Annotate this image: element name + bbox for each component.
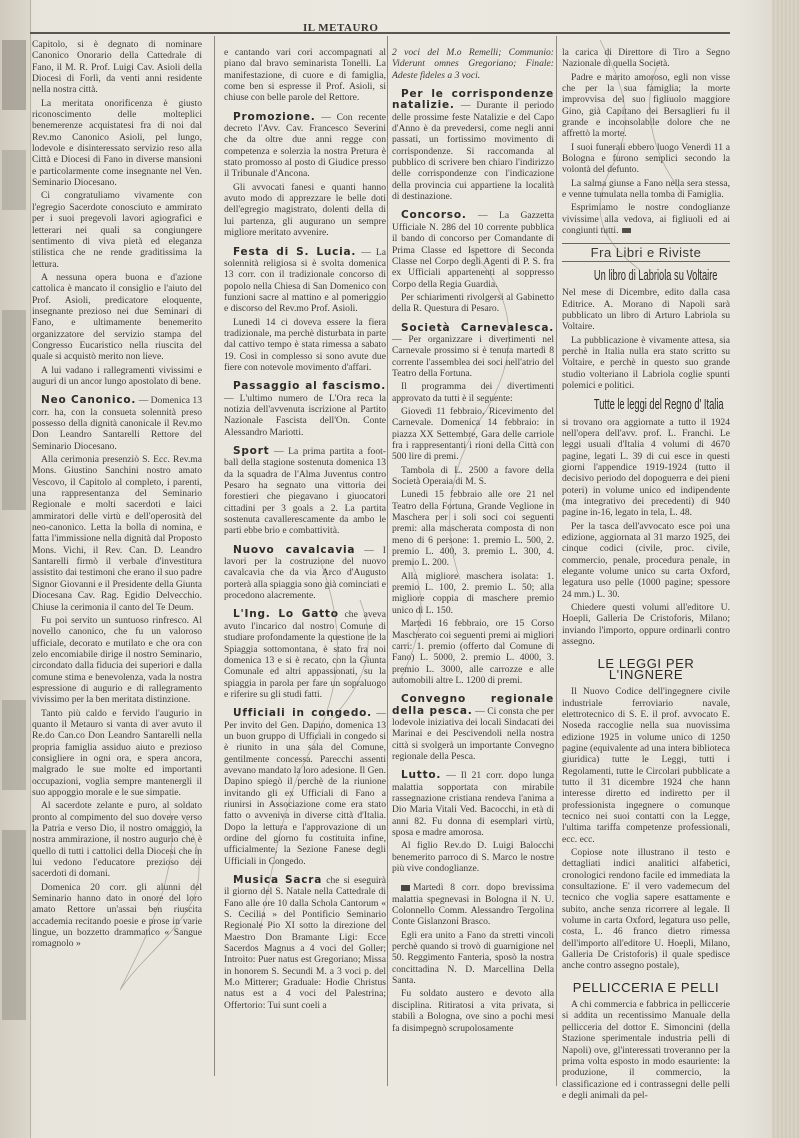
article-passaggio-fascismo: Passaggio al fascismo. — L'ultimo numero…: [224, 381, 386, 438]
paragraph: Gli avvocati fanesi e quanti hanno avuto…: [224, 182, 386, 239]
article-heading: Nuovo cavalcavia: [233, 544, 355, 556]
page-edge: [772, 0, 800, 1138]
article-text: — La Gazzetta Ufficiale N. 286 del 10 co…: [392, 210, 554, 289]
paragraph: Fu poi servito un suntuoso rinfresco. Al…: [32, 615, 202, 706]
paragraph: Alla cerimonia presenziò S. Ecc. Rev.ma …: [32, 454, 202, 613]
paragraph: Il Nuovo Codice dell'ingegnere civile in…: [562, 686, 730, 845]
article-convegno-pesca: Convegno regionale della pesca. — Ci con…: [392, 694, 554, 762]
end-mark-icon: [622, 228, 631, 233]
article-nuovo-cavalcavia: Nuovo cavalcavia — I lavori per la costr…: [224, 545, 386, 602]
article-heading: Società Carnevalesca.: [401, 322, 554, 334]
article-heading: Ufficiali in congedo.: [233, 707, 372, 719]
article-concorso: Concorso. — La Gazzetta Ufficiale N. 286…: [392, 210, 554, 289]
paragraph: la carica di Direttore di Tiro a Segno N…: [562, 47, 730, 70]
paragraph: Ci congratuliamo vivamente con l'egregio…: [32, 190, 202, 269]
paragraph: Alla migliore maschera isolata: 1. premi…: [392, 571, 554, 616]
column-divider: [214, 36, 215, 1076]
article-neo-canonico: Neo Canonico. — Domenica 13 corr. ha, co…: [32, 395, 202, 452]
paragraph: Tanto più caldo e fervido l'augurio in q…: [32, 708, 202, 799]
article-text: che aveva avuto l'incarico dal nostro Co…: [224, 609, 386, 699]
paragraph: Lunedì 15 febbraio alle ore 21 nel Teatr…: [392, 489, 554, 568]
article-heading: Passaggio al fascismo.: [233, 380, 386, 392]
article-heading: Sport: [233, 445, 270, 457]
article-text: — Per invito del Gen. Dapino, domenica 1…: [224, 708, 386, 866]
article-corrispondenze-natalizie: Per le corrispondenze natalizie. — Duran…: [392, 89, 554, 202]
paragraph: si trovano ora aggiornate a tutto il 192…: [562, 417, 730, 519]
article-necrologio-tergolina: Martedì 8 corr. dopo brevissima malattia…: [392, 882, 554, 927]
article-heading: Neo Canonico.: [41, 394, 136, 406]
article-lutto: Lutto. — Il 21 corr. dopo lunga malattia…: [392, 770, 554, 838]
column-1: Capitolo, si è degnato di nominare Canon…: [32, 39, 202, 952]
article-heading: L'Ing. Lo Gatto: [233, 608, 339, 620]
paragraph: Domenica 20 corr. gli alunni del Seminar…: [32, 882, 202, 950]
paragraph: Per schiarimenti rivolgersi al Gabinetto…: [392, 292, 554, 315]
paragraph: I suoi funerali ebbero luogo Venerdì 11 …: [562, 142, 730, 176]
article-promozione: Promozione. — Con recente decreto l'Avv.…: [224, 112, 386, 180]
paragraph: Giovedì 11 febbraio, Ricevimento del Car…: [392, 406, 554, 463]
previous-page-margin: [0, 0, 31, 1138]
article-sport: Sport — La prima partita a foot-ball del…: [224, 446, 386, 537]
article-heading: Lutto.: [401, 769, 441, 781]
paragraph: A lui vadano i rallegramenti vivissimi e…: [32, 365, 202, 388]
paragraph: Al figlio Rev.do D. Luigi Balocchi benem…: [392, 840, 554, 874]
article-heading: Concorso.: [401, 209, 467, 221]
column-4: la carica di Direttore di Tiro a Segno N…: [562, 47, 730, 1103]
paragraph: e cantando vari cori accompagnati al pia…: [224, 47, 386, 104]
article-text: — L'ultimo numero de L'Ora reca la notiz…: [224, 393, 386, 438]
masthead-title: IL METAURO: [303, 22, 378, 34]
column-3: 2 voci del M.o Remelli; Communio: Videru…: [392, 47, 554, 1036]
paragraph: Esprimiamo le nostre condoglianze viviss…: [562, 202, 730, 236]
section-title: Fra Libri e Riviste: [562, 243, 730, 262]
paragraph: Martedì 16 febbraio, ore 15 Corso Masche…: [392, 618, 554, 686]
paragraph: Al sacerdote zelante e puro, al soldato …: [32, 800, 202, 879]
column-2: e cantando vari cori accompagnati al pia…: [224, 47, 386, 1013]
paragraph: 2 voci del M.o Remelli; Communio: Videru…: [392, 47, 554, 81]
article-ufficiali-congedo: Ufficiali in congedo. — Per invito del G…: [224, 708, 386, 867]
article-heading: Festa di S. Lucia.: [233, 246, 356, 258]
paragraph: Copiose note illustrano il testo e detta…: [562, 847, 730, 972]
section-bullet-icon: [401, 885, 410, 891]
paragraph: Il programma dei divertimenti approvato …: [392, 381, 554, 404]
review-heading: LE LEGGI PER L'INGNERE: [562, 658, 730, 681]
article-text: che si eseguirà il giorno del S. Natale …: [224, 875, 386, 1011]
article-heading: Promozione.: [233, 111, 316, 123]
review-heading: Tutte le leggi del Regno d' Italia: [594, 399, 698, 410]
article-societa-carnevalesca: Società Carnevalesca. — Per organizzare …: [392, 323, 554, 380]
article-heading: Musica Sacra: [233, 874, 322, 886]
paragraph: Lunedì 14 ci doveva essere la fiera trad…: [224, 317, 386, 374]
paragraph: Nel mese di Dicembre, edito dalla casa E…: [562, 287, 730, 332]
paragraph: Chiedere questi volumi all'editore U. Ho…: [562, 602, 730, 647]
paragraph: La salma giunse a Fano nella sera stessa…: [562, 178, 730, 201]
newspaper-page: IL METAURO Capitolo, si è degnato di nom…: [0, 0, 800, 1138]
article-text: Martedì 8 corr. dopo brevissima malattia…: [392, 882, 554, 927]
paragraph: Capitolo, si è degnato di nominare Canon…: [32, 39, 202, 96]
article-ing-lo-gatto: L'Ing. Lo Gatto che aveva avuto l'incari…: [224, 609, 386, 700]
paragraph: La meritata onorificenza è giusto ricono…: [32, 98, 202, 189]
article-text: Esprimiamo le nostre condoglianze viviss…: [562, 202, 730, 236]
article-musica-sacra: Musica Sacra che si eseguirà il giorno d…: [224, 875, 386, 1011]
paragraph: A chi commercia e fabbrica in pellicceri…: [562, 999, 730, 1101]
paragraph: A nessuna opera buona e d'azione cattoli…: [32, 272, 202, 363]
paragraph: La pubblicazione è vivamente attesa, sia…: [562, 335, 730, 392]
paragraph: Tambola di L. 2500 a favore della Societ…: [392, 465, 554, 488]
column-divider: [387, 36, 388, 1086]
article-text: — Per organizzare i divertimenti nel Car…: [392, 334, 554, 379]
paragraph: Padre e marito amoroso, egli non visse c…: [562, 72, 730, 140]
article-festa-santa-lucia: Festa di S. Lucia. — La solennità religi…: [224, 247, 386, 315]
review-heading: PELLICCERIA E PELLI: [562, 982, 730, 993]
paragraph: Per la tasca dell'avvocato esce poi una …: [562, 521, 730, 600]
article-text: — Durante il periodo delle prossime fest…: [392, 100, 554, 202]
review-heading: Un libro di Labriola su Voltaire: [594, 270, 698, 281]
article-text: — La prima partita a foot-ball della sta…: [224, 446, 386, 536]
masthead-rule: [30, 24, 730, 34]
column-divider: [556, 36, 557, 1086]
paragraph: Egli era unito a Fano da stretti vincoli…: [392, 930, 554, 987]
paragraph: Fu soldato austero e devoto alla discipl…: [392, 988, 554, 1033]
